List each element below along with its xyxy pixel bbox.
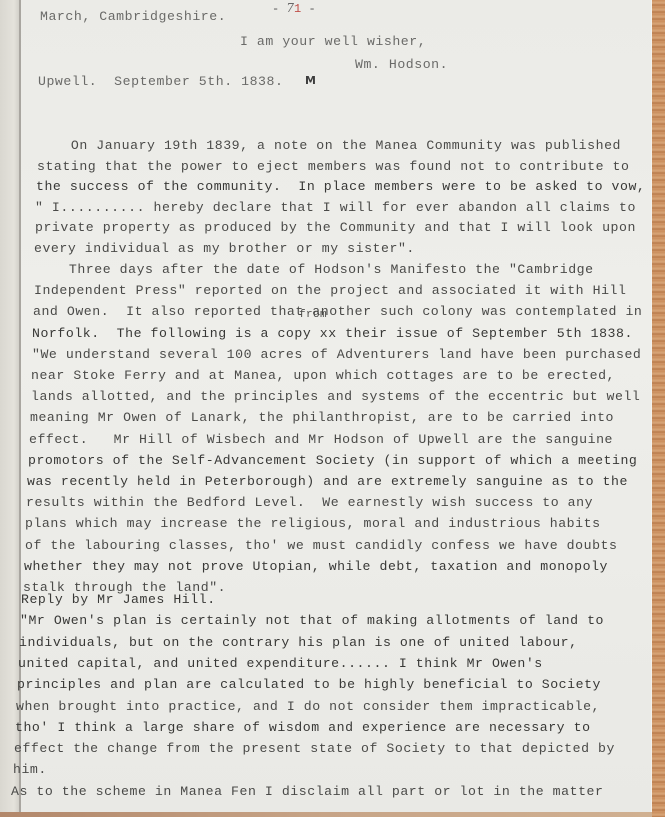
closing-salutation: I am your well wisher,	[240, 34, 426, 50]
typed-line: him.	[13, 762, 47, 778]
page-number: - 71 -	[272, 1, 316, 16]
typed-line: On January 19th 1839, a note on the Mane…	[37, 138, 621, 154]
adjacent-page-edge	[0, 0, 20, 817]
typed-line: united capital, and united expenditure..…	[18, 656, 543, 672]
typed-line: near Stoke Ferry and at Manea, upon whic…	[31, 368, 615, 384]
typed-line: whether they may not prove Utopian, whil…	[24, 559, 608, 575]
typed-line: Reply by Mr James Hill.	[21, 592, 216, 608]
typed-line: Norfolk. The following is a copy xx thei…	[32, 326, 633, 342]
page-number-handwritten: 7	[286, 1, 294, 15]
closing-signature: Wm. Hodson.	[355, 57, 448, 73]
typed-line: lands allotted, and the principles and s…	[31, 389, 640, 405]
closing-date: Upwell. September 5th. 1838.	[38, 74, 283, 90]
typed-line: every individual as my brother or my sis…	[34, 241, 415, 257]
typed-line: effect the change from the present state…	[14, 741, 615, 757]
page-number-suffix: -	[301, 2, 315, 16]
typed-line: meaning Mr Owen of Lanark, the philanthr…	[30, 410, 614, 426]
typed-line: effect. Mr Hill of Wisbech and Mr Hodson…	[29, 432, 613, 448]
typed-line: principles and plan are calculated to be…	[17, 677, 601, 693]
typed-line: the success of the community. In place m…	[36, 179, 645, 195]
page-bottom-edge	[0, 812, 652, 817]
typed-line: individuals, but on the contrary his pla…	[19, 635, 578, 651]
typed-line: results within the Bedford Level. We ear…	[26, 495, 593, 511]
closing-place: March, Cambridgeshire.	[40, 9, 226, 25]
typed-line: "We understand several 100 acres of Adve…	[32, 347, 641, 363]
typed-line: when brought into practice, and I do not…	[16, 699, 600, 715]
handwritten-insertion-from: from	[299, 309, 327, 321]
typed-line: plans which may increase the religious, …	[25, 516, 601, 532]
typed-line: tho' I think a large share of wisdom and…	[15, 720, 591, 736]
wooden-table-background	[652, 0, 665, 817]
typed-line: Three days after the date of Hodson's Ma…	[35, 262, 594, 278]
page-number-prefix: -	[272, 2, 286, 16]
typed-line: private property as produced by the Comm…	[35, 220, 636, 236]
typed-line: As to the scheme in Manea Fen I disclaim…	[11, 784, 603, 800]
typed-line: of the labouring classes, tho' we must c…	[25, 538, 617, 554]
typed-line: "Mr Owen's plan is certainly not that of…	[20, 613, 604, 629]
typed-line: stating that the power to eject members …	[37, 159, 629, 175]
typed-line: promotors of the Self-Advancement Societ…	[28, 453, 637, 469]
typed-line: Independent Press" reported on the proje…	[34, 283, 626, 299]
typed-line: was recently held in Peterborough) and a…	[27, 474, 628, 490]
handwritten-mark: M	[305, 74, 315, 87]
typed-line: " I.......... hereby declare that I will…	[35, 200, 636, 216]
typed-line: and Owen. It also reported that another …	[33, 304, 642, 320]
